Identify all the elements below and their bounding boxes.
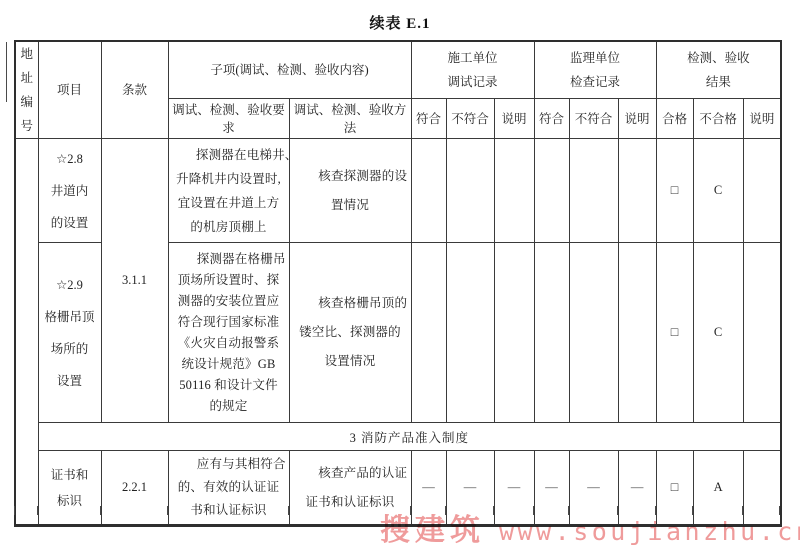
record-cell	[618, 243, 656, 423]
result-checkbox-cell: □	[656, 139, 693, 243]
page-edge-line	[6, 42, 7, 102]
record-cell	[618, 139, 656, 243]
watermark: 搜建筑 www.soujianzhu.cn	[380, 505, 800, 549]
item-cell: ☆2.9 格栅吊顶 场所的 设置	[38, 243, 101, 423]
record-cell	[411, 139, 446, 243]
acceptance-record-table: 地 址 编 号 项目 条款 子项(调试、检测、验收内容) 施工单位 调试记录 监…	[14, 40, 782, 527]
scanned-document-page: 续表 E.1 地 址 编 号 项目 条款 子项(调试、检测、验收内容) 施工单位…	[0, 0, 800, 555]
method-header: 调试、检测、验收方法	[289, 98, 411, 138]
clause-cell: 2.2.1	[101, 451, 168, 526]
result-group-header: 检测、验收 结果	[656, 41, 781, 98]
record-cell	[569, 139, 618, 243]
record-cell	[494, 139, 534, 243]
table-row: ☆2.8 井道内 的设置 3.1.1 探测器在电梯井、 升降机井内设置时, 宜设…	[15, 139, 781, 243]
requirement-cell: 探测器在格栅吊 顶场所设置时、探 测器的安装位置应 符合现行国家标准 《火灾自动…	[168, 243, 289, 423]
result-grade-cell: C	[693, 139, 743, 243]
grid-line	[288, 506, 289, 515]
nonconform-header: 不符合	[446, 98, 494, 138]
address-number-header: 地 址 编 号	[15, 41, 38, 139]
checkbox-icon: □	[671, 480, 679, 494]
record-cell	[569, 243, 618, 423]
grid-line	[14, 506, 15, 515]
checkbox-icon: □	[671, 325, 679, 339]
record-cell	[534, 139, 569, 243]
grid-line	[167, 506, 168, 515]
note-header: 说明	[743, 98, 781, 138]
construction-unit-header: 施工单位 调试记录	[411, 41, 534, 98]
item-cell: ☆2.8 井道内 的设置	[38, 139, 101, 243]
clause-cell: 3.1.1	[101, 139, 168, 423]
supervision-unit-header: 监理单位 检查记录	[534, 41, 656, 98]
record-cell	[446, 139, 494, 243]
record-cell	[446, 243, 494, 423]
requirement-cell: 探测器在电梯井、 升降机井内设置时, 宜设置在井道上方 的机房顶棚上	[168, 139, 289, 243]
conform-header: 符合	[411, 98, 446, 138]
requirement-cell: 应有与其相符合 的、有效的认证证 书和认证标识	[168, 451, 289, 526]
record-cell	[411, 243, 446, 423]
header-group-row: 地 址 编 号 项目 条款 子项(调试、检测、验收内容) 施工单位 调试记录 监…	[15, 41, 781, 98]
checkbox-icon: □	[671, 183, 679, 197]
unqualified-header: 不合格	[693, 98, 743, 138]
method-cell: 核查探测器的设 置情况	[289, 139, 411, 243]
grid-line	[100, 506, 101, 515]
record-cell	[534, 243, 569, 423]
grid-line	[37, 506, 38, 515]
watermark-url: www.soujianzhu.cn	[499, 517, 800, 546]
clause-header: 条款	[101, 41, 168, 139]
note-header: 说明	[494, 98, 534, 138]
requirement-header: 调试、检测、验收要求	[168, 98, 289, 138]
address-number-cell	[15, 139, 38, 526]
item-cell: 证书和 标识	[38, 451, 101, 526]
result-note-cell	[743, 139, 781, 243]
result-checkbox-cell: □	[656, 243, 693, 423]
conform-header: 符合	[534, 98, 569, 138]
watermark-brand: 搜建筑	[380, 505, 485, 549]
section-title: 3 消防产品准入制度	[38, 423, 781, 451]
section-row: 3 消防产品准入制度	[15, 423, 781, 451]
result-grade-cell: C	[693, 243, 743, 423]
subitem-header: 子项(调试、检测、验收内容)	[168, 41, 411, 98]
note-header: 说明	[618, 98, 656, 138]
page-title: 续表 E.1	[0, 12, 800, 33]
qualified-header: 合格	[656, 98, 693, 138]
method-cell: 核查格栅吊顶的 镂空比、探测器的 设置情况	[289, 243, 411, 423]
nonconform-header: 不符合	[569, 98, 618, 138]
item-header: 项目	[38, 41, 101, 139]
result-note-cell	[743, 243, 781, 423]
record-cell	[494, 243, 534, 423]
